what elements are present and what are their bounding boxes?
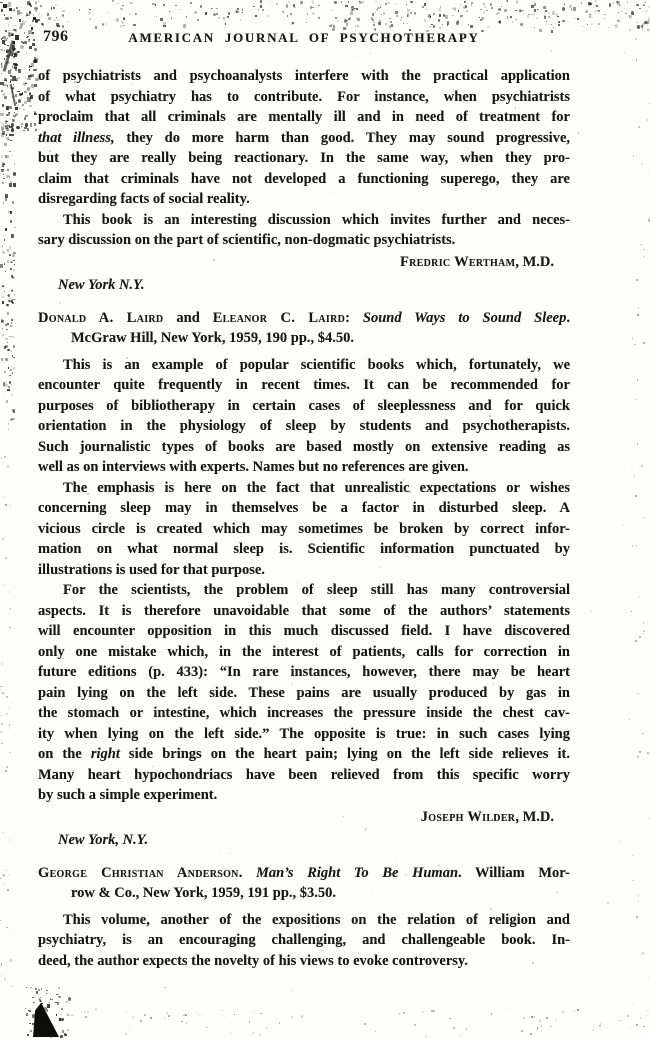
- noise-speck: [556, 892, 558, 894]
- text-line: will encounter opposition in this much d…: [38, 621, 570, 642]
- noise-speck: [9, 708, 10, 709]
- noise-speck: [150, 1017, 151, 1019]
- noise-speck: [271, 1, 273, 3]
- noise-speck: [35, 129, 37, 131]
- noise-speck: [60, 1035, 63, 1038]
- noise-speck: [15, 69, 17, 71]
- noise-speck: [593, 1029, 594, 1030]
- noise-speck: [6, 329, 8, 330]
- noise-speck: [332, 28, 334, 31]
- noise-speck: [25, 21, 27, 22]
- noise-speck: [547, 24, 548, 25]
- text-segment: disregarding facts of social reality.: [38, 191, 250, 207]
- noise-speck: [9, 254, 11, 256]
- text-segment: Sound Ways to Sound Sleep: [363, 310, 566, 326]
- noise-speck: [7, 169, 9, 171]
- noise-speck: [26, 52, 27, 53]
- noise-speck: [14, 43, 15, 45]
- text-segment: Man’s Right To Be Human: [256, 865, 458, 881]
- text-segment: This book is an interesting discussion w…: [63, 212, 570, 228]
- noise-speck: [601, 1022, 602, 1023]
- noise-speck: [600, 1023, 601, 1025]
- noise-speck: [442, 24, 443, 25]
- noise-speck: [7, 124, 10, 128]
- text-segment: Eleanor C. Laird: [213, 310, 345, 326]
- noise-speck: [7, 323, 9, 325]
- noise-speck: [126, 1012, 128, 1013]
- noise-speck: [0, 764, 1, 765]
- noise-speck: [517, 116, 518, 117]
- noise-speck: [5, 324, 7, 326]
- noise-speck: [2, 104, 4, 106]
- noise-speck: [608, 27, 609, 28]
- noise-speck: [21, 41, 23, 43]
- noise-speck: [126, 357, 128, 359]
- noise-speck: [636, 916, 638, 918]
- noise-speck: [0, 264, 3, 268]
- text-line: of psychiatrists and psychoanalysts inte…: [38, 66, 570, 87]
- noise-speck: [30, 1030, 32, 1032]
- noise-speck: [62, 10, 65, 12]
- noise-speck: [8, 55, 10, 58]
- noise-speck: [440, 6, 441, 8]
- noise-speck: [439, 946, 441, 949]
- text-line: vicious circle is created which may some…: [38, 519, 570, 540]
- noise-speck: [344, 19, 347, 23]
- text-line: This book is an interesting discussion w…: [38, 210, 570, 231]
- noise-speck: [5, 358, 7, 361]
- noise-speck: [11, 108, 12, 109]
- noise-speck: [486, 10, 487, 11]
- noise-speck: [4, 44, 6, 45]
- noise-speck: [375, 1031, 377, 1033]
- noise-speck: [637, 756, 639, 758]
- noise-speck: [426, 30, 429, 32]
- noise-speck: [0, 113, 3, 116]
- noise-speck: [0, 878, 1, 879]
- noise-speck: [29, 65, 31, 67]
- noise-speck: [1, 715, 2, 716]
- noise-speck: [42, 1010, 43, 1012]
- noise-speck: [598, 23, 600, 25]
- noise-speck: [9, 151, 11, 153]
- noise-speck: [498, 1010, 499, 1011]
- noise-speck: [648, 170, 649, 171]
- noise-speck: [57, 1002, 59, 1005]
- reviewer-signature: Joseph Wilder, M.D.: [38, 807, 570, 828]
- noise-speck: [642, 733, 643, 734]
- noise-speck: [545, 10, 546, 11]
- text-segment: Joseph Wilder: [421, 809, 516, 825]
- noise-speck: [23, 130, 24, 131]
- noise-speck: [267, 15, 269, 17]
- noise-speck: [2, 538, 4, 540]
- text-line: disregarding facts of social reality.: [38, 189, 570, 210]
- noise-speck: [8, 423, 9, 424]
- noise-speck: [228, 12, 230, 15]
- noise-speck: [129, 13, 130, 15]
- noise-speck: [307, 13, 308, 15]
- noise-speck: [373, 21, 375, 23]
- noise-speck: [185, 1014, 187, 1016]
- noise-speck: [313, 641, 314, 642]
- noise-speck: [129, 1026, 131, 1028]
- text-segment: claim that criminals have not developed …: [38, 171, 570, 187]
- noise-speck: [452, 377, 453, 379]
- noise-speck: [7, 349, 10, 351]
- noise-speck: [10, 211, 13, 214]
- noise-speck: [401, 17, 403, 18]
- text-line: This is an example of popular scientific…: [38, 355, 570, 376]
- noise-speck: [89, 18, 91, 20]
- noise-speck: [3, 394, 4, 395]
- noise-speck: [15, 29, 17, 32]
- noise-speck: [11, 290, 13, 292]
- noise-speck: [510, 16, 512, 17]
- noise-speck: [9, 375, 10, 376]
- noise-speck: [9, 839, 11, 841]
- noise-speck: [4, 291, 6, 293]
- noise-speck: [2, 246, 3, 247]
- noise-speck: [6, 128, 9, 131]
- noise-speck: [483, 3, 485, 4]
- noise-speck: [11, 985, 12, 986]
- noise-speck: [122, 76, 124, 77]
- noise-speck: [181, 1021, 183, 1023]
- noise-speck: [10, 505, 12, 506]
- noise-speck: [112, 0, 114, 2]
- noise-speck: [33, 39, 35, 41]
- reviewer-location: New York N.Y.: [38, 275, 570, 296]
- noise-speck: [458, 10, 459, 12]
- noise-speck: [642, 633, 643, 635]
- noise-speck: [514, 228, 515, 229]
- noise-speck: [22, 92, 24, 94]
- text-line: Many heart hypochondriacs have been reli…: [38, 765, 570, 786]
- noise-speck: [473, 31, 474, 33]
- noise-speck: [9, 176, 11, 178]
- noise-speck: [639, 751, 640, 753]
- noise-speck: [19, 108, 20, 109]
- noise-speck: [143, 408, 145, 410]
- noise-speck: [36, 991, 39, 994]
- text-line: well as on interviews with experts. Name…: [38, 457, 570, 478]
- noise-speck: [10, 932, 12, 933]
- noise-speck: [123, 17, 125, 19]
- noise-speck: [49, 150, 51, 151]
- text-line: concerning sleep may in themselves be a …: [38, 498, 570, 519]
- noise-speck: [6, 766, 8, 768]
- noise-speck: [85, 1016, 87, 1018]
- noise-speck: [56, 23, 59, 26]
- noise-speck: [291, 1016, 293, 1018]
- noise-speck: [13, 115, 16, 118]
- noise-speck: [32, 997, 33, 998]
- noise-speck: [400, 19, 402, 21]
- text-segment: Many heart hypochondriacs have been reli…: [38, 767, 570, 783]
- text-segment: pain lying on the left side. These pains…: [38, 685, 570, 701]
- noise-speck: [144, 1014, 145, 1015]
- noise-speck: [632, 855, 634, 856]
- noise-speck: [414, 1024, 416, 1025]
- noise-speck: [343, 816, 344, 817]
- noise-speck: [491, 7, 493, 8]
- noise-speck: [62, 14, 65, 17]
- journal-title: AMERICAN JOURNAL OF PSYCHOTHERAPY: [38, 28, 570, 46]
- noise-speck: [371, 17, 373, 20]
- noise-speck: [5, 120, 8, 124]
- noise-speck: [3, 202, 4, 203]
- noise-speck: [47, 13, 49, 16]
- noise-speck: [2, 328, 3, 329]
- noise-speck: [219, 852, 220, 853]
- text-segment: of psychiatrists and psychoanalysts inte…: [38, 68, 570, 84]
- noise-speck: [516, 0, 518, 3]
- noise-speck: [8, 2, 11, 6]
- noise-speck: [25, 123, 29, 127]
- noise-speck: [405, 874, 407, 876]
- noise-speck: [422, 1011, 423, 1013]
- noise-speck: [0, 920, 1, 922]
- text-line: George Christian Anderson. Man’s Right T…: [38, 863, 570, 884]
- noise-speck: [41, 23, 43, 25]
- text-line: This volume, another of the expositions …: [38, 910, 570, 931]
- noise-speck: [536, 17, 538, 19]
- noise-speck: [47, 1004, 50, 1008]
- noise-speck: [194, 11, 197, 14]
- noise-speck: [354, 676, 355, 677]
- noise-speck: [634, 1, 635, 2]
- noise-speck: [337, 20, 339, 22]
- noise-speck: [10, 591, 11, 593]
- noise-speck: [10, 261, 13, 263]
- noise-speck: [2, 301, 5, 304]
- noise-speck: [496, 13, 499, 15]
- noise-speck: [38, 19, 40, 21]
- noise-speck: [548, 13, 549, 15]
- noise-speck: [604, 14, 606, 15]
- noise-speck: [406, 23, 408, 25]
- noise-speck: [644, 269, 646, 271]
- noise-speck: [11, 234, 14, 238]
- text-segment: .: [239, 865, 256, 881]
- noise-speck: [10, 752, 11, 753]
- noise-speck: [168, 1015, 170, 1017]
- noise-speck: [506, 1008, 507, 1009]
- noise-speck: [13, 63, 16, 65]
- noise-speck: [624, 52, 625, 54]
- noise-speck: [530, 1033, 532, 1035]
- noise-speck: [537, 1027, 539, 1029]
- noise-speck: [10, 959, 12, 962]
- noise-speck: [38, 989, 41, 991]
- noise-speck: [35, 10, 37, 12]
- noise-speck: [14, 264, 15, 265]
- noise-speck: [20, 45, 24, 49]
- noise-speck: [17, 51, 20, 53]
- noise-speck: [399, 1013, 400, 1014]
- noise-speck: [260, 1013, 261, 1014]
- noise-speck: [46, 993, 47, 994]
- text-segment: will encounter opposition in this much d…: [38, 623, 570, 639]
- noise-speck: [646, 164, 647, 165]
- noise-speck: [20, 12, 22, 14]
- text-segment: Fredric Wertham: [400, 254, 515, 270]
- text-segment: Donald A. Laird: [38, 310, 163, 326]
- noise-speck: [6, 927, 8, 928]
- noise-speck: [447, 21, 449, 24]
- noise-speck: [56, 1014, 58, 1015]
- noise-speck: [16, 102, 18, 104]
- noise-speck: [0, 686, 1, 687]
- noise-speck: [581, 2, 582, 4]
- noise-speck: [13, 269, 15, 271]
- noise-speck: [180, 414, 182, 416]
- noise-speck: [279, 1022, 280, 1024]
- noise-speck: [480, 19, 483, 21]
- noise-speck: [113, 19, 115, 21]
- noise-speck: [647, 1010, 648, 1012]
- noise-speck: [12, 66, 14, 68]
- noise-speck: [615, 24, 618, 28]
- noise-speck: [3, 93, 5, 95]
- noise-speck: [439, 27, 441, 29]
- noise-speck: [619, 1020, 621, 1022]
- noise-speck: [318, 17, 320, 19]
- noise-speck: [12, 372, 14, 374]
- noise-speck: [32, 1023, 35, 1025]
- noise-speck: [5, 770, 6, 772]
- noise-speck: [460, 4, 462, 6]
- noise-speck: [544, 12, 546, 14]
- noise-speck: [120, 25, 122, 29]
- noise-speck: [30, 987, 32, 988]
- noise-speck: [646, 999, 647, 1000]
- noise-speck: [164, 987, 166, 988]
- noise-speck: [643, 342, 644, 344]
- noise-speck: [34, 48, 37, 51]
- noise-speck: [629, 719, 631, 720]
- noise-speck: [425, 1035, 427, 1038]
- noise-speck: [643, 517, 645, 519]
- noise-speck: [11, 128, 14, 132]
- noise-speck: [197, 19, 198, 21]
- noise-speck: [534, 5, 536, 6]
- noise-speck: [9, 50, 11, 52]
- noise-speck: [187, 13, 188, 14]
- noise-speck: [625, 13, 627, 14]
- noise-speck: [4, 263, 6, 265]
- noise-speck: [230, 1032, 231, 1034]
- noise-speck: [140, 1020, 142, 1022]
- noise-speck: [58, 996, 61, 998]
- noise-speck: [291, 990, 292, 991]
- noise-speck: [639, 8, 640, 9]
- noise-speck: [40, 1027, 41, 1028]
- text-segment: the stomach or intestine, which increase…: [38, 705, 570, 721]
- noise-speck: [41, 988, 42, 990]
- noise-speck: [498, 717, 500, 719]
- noise-speck: [291, 683, 293, 685]
- noise-speck: [582, 26, 583, 28]
- noise-speck: [99, 1018, 101, 1019]
- noise-speck: [65, 1034, 67, 1036]
- noise-speck: [39, 13, 40, 15]
- noise-speck: [46, 1031, 47, 1033]
- noise-speck: [1, 90, 3, 93]
- noise-speck: [169, 11, 170, 12]
- noise-speck: [183, 24, 185, 28]
- noise-speck: [332, 9, 334, 11]
- noise-speck: [34, 7, 38, 10]
- noise-speck: [25, 115, 28, 117]
- noise-speck: [362, 1, 364, 3]
- noise-speck: [1, 358, 4, 361]
- text-segment: well as on interviews with experts. Name…: [38, 459, 469, 475]
- noise-speck: [12, 418, 15, 421]
- noise-speck: [13, 411, 15, 413]
- noise-speck: [520, 23, 523, 26]
- noise-speck: [244, 896, 245, 897]
- text-segment: aspects. It is therefore unavoidable tha…: [38, 603, 570, 619]
- noise-speck: [9, 183, 12, 187]
- noise-speck: [574, 18, 575, 19]
- noise-speck: [532, 962, 534, 963]
- noise-speck: [491, 1013, 492, 1014]
- noise-speck: [288, 1, 290, 3]
- noise-speck: [409, 490, 411, 493]
- book-heading: Donald A. Laird and Eleanor C. Laird: So…: [38, 308, 570, 349]
- noise-speck: [61, 1018, 64, 1021]
- noise-speck: [17, 10, 20, 15]
- noise-speck: [370, 52, 372, 54]
- noise-speck: [12, 48, 15, 51]
- noise-speck: [0, 2, 3, 4]
- text-segment: This volume, another of the expositions …: [63, 912, 570, 928]
- noise-speck: [31, 74, 34, 76]
- noise-speck: [30, 95, 33, 99]
- noise-speck: [341, 1, 342, 2]
- paragraph: This book is an interesting discussion w…: [38, 210, 570, 251]
- noise-speck: [171, 18, 172, 19]
- text-segment: mation on what normal sleep is. Scientif…: [38, 541, 570, 557]
- noise-speck: [290, 13, 293, 15]
- noise-speck: [427, 21, 428, 22]
- noise-speck: [562, 1011, 564, 1012]
- noise-speck: [530, 627, 532, 628]
- text-segment: side brings on the heart pain; lying on …: [120, 746, 570, 762]
- noise-speck: [438, 864, 440, 867]
- noise-speck: [430, 16, 431, 18]
- noise-speck: [613, 2, 614, 4]
- noise-speck: [19, 93, 22, 96]
- noise-speck: [29, 1010, 30, 1012]
- noise-speck: [205, 12, 207, 14]
- noise-speck: [389, 25, 391, 28]
- noise-speck: [2, 692, 4, 694]
- noise-speck: [563, 399, 564, 400]
- text-line: Donald A. Laird and Eleanor C. Laird: So…: [38, 308, 570, 329]
- noise-speck: [9, 8, 12, 12]
- noise-speck: [541, 1025, 543, 1027]
- noise-speck: [627, 1015, 628, 1017]
- noise-speck: [11, 319, 13, 321]
- noise-speck: [186, 16, 187, 18]
- noise-speck: [6, 134, 7, 136]
- noise-speck: [5, 194, 8, 197]
- noise-speck: [396, 15, 398, 17]
- noise-speck: [107, 12, 108, 14]
